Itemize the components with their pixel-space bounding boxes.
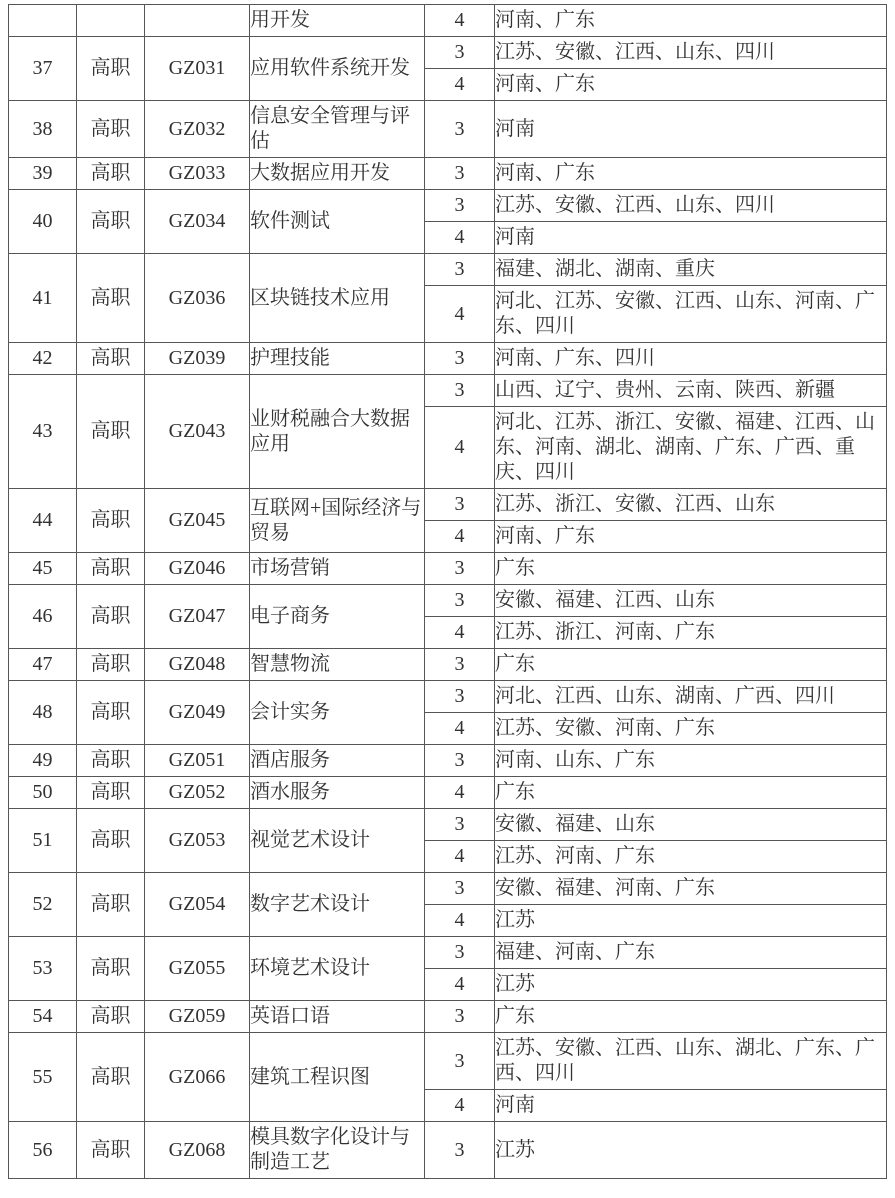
table-row: 55高职GZ066建筑工程识图3江苏、安徽、江西、山东、湖北、广东、广西、四川	[9, 1033, 887, 1090]
table-row: 54高职GZ059英语口语3广东	[9, 1001, 887, 1033]
event-name-cell: 互联网+国际经济与贸易	[250, 489, 425, 553]
table-row: 56高职GZ068模具数字化设计与制造工艺3江苏	[9, 1122, 887, 1179]
group-count-cell: 4	[425, 713, 495, 745]
table-row: 37高职GZ031应用软件系统开发3江苏、安徽、江西、山东、四川	[9, 37, 887, 69]
event-code-cell: GZ033	[145, 158, 250, 190]
provinces-cell: 广东	[495, 649, 887, 681]
event-code-cell: GZ066	[145, 1033, 250, 1122]
event-name-cell: 会计实务	[250, 681, 425, 745]
row-number-cell: 55	[9, 1033, 77, 1122]
document-page: 用开发4河南、广东37高职GZ031应用软件系统开发3江苏、安徽、江西、山东、四…	[0, 0, 895, 1198]
level-cell: 高职	[77, 254, 145, 343]
table-row: 用开发4河南、广东	[9, 5, 887, 37]
group-count-cell: 4	[425, 1090, 495, 1122]
event-code-cell: GZ049	[145, 681, 250, 745]
group-count-cell: 4	[425, 222, 495, 254]
event-name-cell: 建筑工程识图	[250, 1033, 425, 1122]
group-count-cell: 3	[425, 745, 495, 777]
group-count-cell: 4	[425, 286, 495, 343]
table-row: 48高职GZ049会计实务3河北、江西、山东、湖南、广西、四川	[9, 681, 887, 713]
level-cell: 高职	[77, 158, 145, 190]
provinces-cell: 广东	[495, 777, 887, 809]
table-body: 用开发4河南、广东37高职GZ031应用软件系统开发3江苏、安徽、江西、山东、四…	[9, 5, 887, 1179]
event-name-cell: 酒店服务	[250, 745, 425, 777]
group-count-cell: 4	[425, 777, 495, 809]
group-count-cell: 3	[425, 190, 495, 222]
event-name-cell: 电子商务	[250, 585, 425, 649]
row-number-cell: 44	[9, 489, 77, 553]
row-number-cell: 46	[9, 585, 77, 649]
table-row: 43高职GZ043业财税融合大数据应用3山西、辽宁、贵州、云南、陕西、新疆	[9, 375, 887, 407]
row-number-cell: 49	[9, 745, 77, 777]
row-number-cell: 45	[9, 553, 77, 585]
table-row: 51高职GZ053视觉艺术设计3安徽、福建、山东	[9, 809, 887, 841]
row-number-cell: 53	[9, 937, 77, 1001]
group-count-cell: 3	[425, 873, 495, 905]
event-code-cell: GZ048	[145, 649, 250, 681]
event-name-cell: 大数据应用开发	[250, 158, 425, 190]
table-row: 42高职GZ039护理技能3河南、广东、四川	[9, 343, 887, 375]
provinces-cell: 河南、广东、四川	[495, 343, 887, 375]
row-number-cell: 56	[9, 1122, 77, 1179]
group-count-cell: 3	[425, 37, 495, 69]
event-code-cell: GZ039	[145, 343, 250, 375]
group-count-cell: 3	[425, 585, 495, 617]
group-count-cell: 3	[425, 553, 495, 585]
event-code-cell: GZ052	[145, 777, 250, 809]
group-count-cell: 3	[425, 489, 495, 521]
level-cell: 高职	[77, 375, 145, 489]
table-row: 40高职GZ034软件测试3江苏、安徽、江西、山东、四川	[9, 190, 887, 222]
event-name-cell: 业财税融合大数据应用	[250, 375, 425, 489]
event-code-cell: GZ046	[145, 553, 250, 585]
row-number-cell: 42	[9, 343, 77, 375]
table-row: 39高职GZ033大数据应用开发3河南、广东	[9, 158, 887, 190]
level-cell: 高职	[77, 649, 145, 681]
provinces-cell: 广东	[495, 553, 887, 585]
level-cell: 高职	[77, 585, 145, 649]
event-name-cell: 应用软件系统开发	[250, 37, 425, 101]
event-name-cell: 信息安全管理与评估	[250, 101, 425, 158]
provinces-cell: 河南、广东	[495, 158, 887, 190]
provinces-cell: 福建、河南、广东	[495, 937, 887, 969]
row-number-cell: 40	[9, 190, 77, 254]
event-code-cell: GZ059	[145, 1001, 250, 1033]
group-count-cell: 3	[425, 343, 495, 375]
event-name-cell: 酒水服务	[250, 777, 425, 809]
group-count-cell: 3	[425, 1001, 495, 1033]
row-number-cell: 41	[9, 254, 77, 343]
provinces-cell: 福建、湖北、湖南、重庆	[495, 254, 887, 286]
table-row: 45高职GZ046市场营销3广东	[9, 553, 887, 585]
group-count-cell: 4	[425, 69, 495, 101]
provinces-cell: 江苏、河南、广东	[495, 841, 887, 873]
group-count-cell: 4	[425, 905, 495, 937]
level-cell: 高职	[77, 777, 145, 809]
event-name-cell: 数字艺术设计	[250, 873, 425, 937]
provinces-cell: 江苏	[495, 969, 887, 1001]
group-count-cell: 4	[425, 521, 495, 553]
table-row: 38高职GZ032信息安全管理与评估3河南	[9, 101, 887, 158]
event-name-cell: 视觉艺术设计	[250, 809, 425, 873]
provinces-cell: 河南	[495, 101, 887, 158]
group-count-cell: 3	[425, 254, 495, 286]
event-name-cell: 用开发	[250, 5, 425, 37]
provinces-cell: 河南、山东、广东	[495, 745, 887, 777]
provinces-cell: 河南	[495, 1090, 887, 1122]
group-count-cell: 4	[425, 969, 495, 1001]
group-count-cell: 3	[425, 1122, 495, 1179]
level-cell: 高职	[77, 1033, 145, 1122]
table-row: 44高职GZ045互联网+国际经济与贸易3江苏、浙江、安徽、江西、山东	[9, 489, 887, 521]
row-number-cell	[9, 5, 77, 37]
level-cell: 高职	[77, 553, 145, 585]
provinces-cell: 江苏	[495, 905, 887, 937]
group-count-cell: 3	[425, 158, 495, 190]
provinces-cell: 河南、广东	[495, 69, 887, 101]
provinces-cell: 河北、江苏、浙江、安徽、福建、江西、山东、河南、湖北、湖南、广东、广西、重庆、四…	[495, 407, 887, 489]
provinces-cell: 河南、广东	[495, 521, 887, 553]
provinces-cell: 河北、江西、山东、湖南、广西、四川	[495, 681, 887, 713]
event-name-cell: 模具数字化设计与制造工艺	[250, 1122, 425, 1179]
provinces-cell: 江苏、安徽、江西、山东、湖北、广东、广西、四川	[495, 1033, 887, 1090]
level-cell: 高职	[77, 489, 145, 553]
provinces-cell: 河南	[495, 222, 887, 254]
table-row: 47高职GZ048智慧物流3广东	[9, 649, 887, 681]
row-number-cell: 39	[9, 158, 77, 190]
level-cell: 高职	[77, 745, 145, 777]
level-cell: 高职	[77, 343, 145, 375]
group-count-cell: 4	[425, 5, 495, 37]
provinces-cell: 江苏、浙江、安徽、江西、山东	[495, 489, 887, 521]
level-cell: 高职	[77, 809, 145, 873]
event-code-cell	[145, 5, 250, 37]
row-number-cell: 54	[9, 1001, 77, 1033]
provinces-cell: 江苏	[495, 1122, 887, 1179]
event-code-cell: GZ055	[145, 937, 250, 1001]
event-name-cell: 智慧物流	[250, 649, 425, 681]
provinces-cell: 江苏、安徽、江西、山东、四川	[495, 190, 887, 222]
row-number-cell: 52	[9, 873, 77, 937]
level-cell: 高职	[77, 1001, 145, 1033]
row-number-cell: 43	[9, 375, 77, 489]
event-name-cell: 英语口语	[250, 1001, 425, 1033]
event-code-cell: GZ047	[145, 585, 250, 649]
row-number-cell: 37	[9, 37, 77, 101]
row-number-cell: 48	[9, 681, 77, 745]
group-count-cell: 3	[425, 937, 495, 969]
provinces-cell: 安徽、福建、河南、广东	[495, 873, 887, 905]
event-name-cell: 市场营销	[250, 553, 425, 585]
group-count-cell: 4	[425, 407, 495, 489]
event-name-cell: 软件测试	[250, 190, 425, 254]
provinces-cell: 江苏、安徽、江西、山东、四川	[495, 37, 887, 69]
provinces-cell: 山西、辽宁、贵州、云南、陕西、新疆	[495, 375, 887, 407]
row-number-cell: 51	[9, 809, 77, 873]
group-count-cell: 3	[425, 649, 495, 681]
level-cell: 高职	[77, 681, 145, 745]
event-code-cell: GZ031	[145, 37, 250, 101]
provinces-cell: 江苏、安徽、河南、广东	[495, 713, 887, 745]
row-number-cell: 47	[9, 649, 77, 681]
table-row: 53高职GZ055环境艺术设计3福建、河南、广东	[9, 937, 887, 969]
event-code-cell: GZ034	[145, 190, 250, 254]
event-code-cell: GZ053	[145, 809, 250, 873]
event-name-cell: 护理技能	[250, 343, 425, 375]
level-cell: 高职	[77, 1122, 145, 1179]
level-cell: 高职	[77, 937, 145, 1001]
table-row: 52高职GZ054数字艺术设计3安徽、福建、河南、广东	[9, 873, 887, 905]
level-cell: 高职	[77, 101, 145, 158]
level-cell: 高职	[77, 37, 145, 101]
table-row: 41高职GZ036区块链技术应用3福建、湖北、湖南、重庆	[9, 254, 887, 286]
event-code-cell: GZ045	[145, 489, 250, 553]
row-number-cell: 50	[9, 777, 77, 809]
table-row: 49高职GZ051酒店服务3河南、山东、广东	[9, 745, 887, 777]
group-count-cell: 3	[425, 375, 495, 407]
event-code-cell: GZ043	[145, 375, 250, 489]
provinces-cell: 安徽、福建、江西、山东	[495, 585, 887, 617]
event-code-cell: GZ032	[145, 101, 250, 158]
table-row: 50高职GZ052酒水服务4广东	[9, 777, 887, 809]
group-count-cell: 4	[425, 617, 495, 649]
group-count-cell: 3	[425, 101, 495, 158]
event-code-cell: GZ051	[145, 745, 250, 777]
group-count-cell: 3	[425, 681, 495, 713]
provinces-cell: 河北、江苏、安徽、江西、山东、河南、广东、四川	[495, 286, 887, 343]
event-code-cell: GZ036	[145, 254, 250, 343]
level-cell: 高职	[77, 190, 145, 254]
group-count-cell: 3	[425, 809, 495, 841]
event-name-cell: 环境艺术设计	[250, 937, 425, 1001]
level-cell: 高职	[77, 873, 145, 937]
group-count-cell: 4	[425, 841, 495, 873]
event-code-cell: GZ054	[145, 873, 250, 937]
provinces-cell: 安徽、福建、山东	[495, 809, 887, 841]
provinces-cell: 江苏、浙江、河南、广东	[495, 617, 887, 649]
event-code-cell: GZ068	[145, 1122, 250, 1179]
level-cell	[77, 5, 145, 37]
table-row: 46高职GZ047电子商务3安徽、福建、江西、山东	[9, 585, 887, 617]
provinces-cell: 河南、广东	[495, 5, 887, 37]
provinces-cell: 广东	[495, 1001, 887, 1033]
event-name-cell: 区块链技术应用	[250, 254, 425, 343]
row-number-cell: 38	[9, 101, 77, 158]
competition-events-table: 用开发4河南、广东37高职GZ031应用软件系统开发3江苏、安徽、江西、山东、四…	[8, 4, 887, 1179]
group-count-cell: 3	[425, 1033, 495, 1090]
